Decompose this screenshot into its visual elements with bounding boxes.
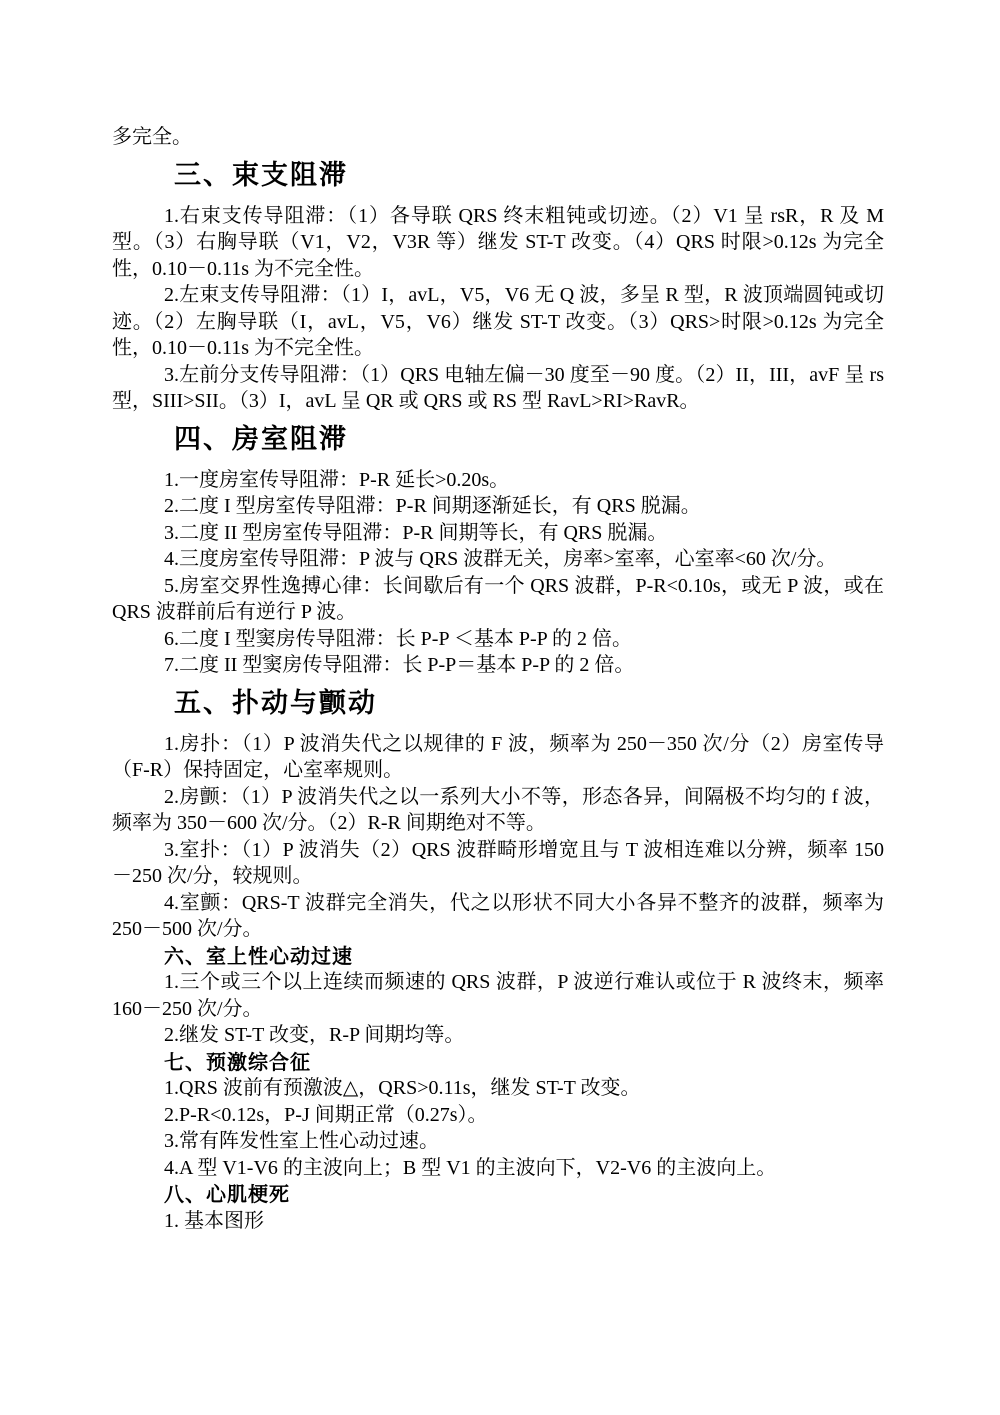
paragraph: 3.二度 II 型房室传导阻滞：P-R 间期等长，有 QRS 脱漏。 xyxy=(112,520,884,547)
document-content: 多完全。三、束支阻滞1.右束支传导阻滞：（1）各导联 QRS 终末粗钝或切迹。（… xyxy=(112,124,884,1234)
paragraph: 1.房扑：（1）P 波消失代之以规律的 F 波，频率为 250－350 次/分（… xyxy=(112,731,884,784)
paragraph: 3.室扑：（1）P 波消失（2）QRS 波群畸形增宽且与 T 波相连难以分辨，频… xyxy=(112,837,884,890)
paragraph-continuation: 多完全。 xyxy=(112,124,884,151)
paragraph: 5.房室交界性逸搏心律：长间歇后有一个 QRS 波群，P-R<0.10s，或无 … xyxy=(112,573,884,626)
paragraph: 3.左前分支传导阻滞：（1）QRS 电轴左偏－30 度至－90 度。（2）II，… xyxy=(112,362,884,415)
section-heading: 五、扑动与颤动 xyxy=(112,684,884,724)
paragraph: 2.二度 I 型房室传导阻滞：P-R 间期逐渐延长，有 QRS 脱漏。 xyxy=(112,493,884,520)
paragraph: 2.P-R<0.12s，P-J 间期正常（0.27s）。 xyxy=(112,1102,884,1129)
section-heading: 四、房室阻滞 xyxy=(112,420,884,460)
paragraph: 6.二度 I 型窦房传导阻滞：长 P-P ＜基本 P-P 的 2 倍。 xyxy=(112,626,884,653)
subsection-heading: 七、预激综合征 xyxy=(112,1049,884,1076)
paragraph: 4.A 型 V1-V6 的主波向上；B 型 V1 的主波向下，V2-V6 的主波… xyxy=(112,1155,884,1182)
paragraph: 3.常有阵发性室上性心动过速。 xyxy=(112,1128,884,1155)
paragraph: 7.二度 II 型窦房传导阻滞：长 P-P＝基本 P-P 的 2 倍。 xyxy=(112,652,884,679)
subsection-heading: 六、室上性心动过速 xyxy=(112,943,884,970)
subsection-heading: 八、心肌梗死 xyxy=(112,1181,884,1208)
document-page: 多完全。三、束支阻滞1.右束支传导阻滞：（1）各导联 QRS 终末粗钝或切迹。（… xyxy=(0,0,1000,1415)
paragraph: 1.三个或三个以上连续而频速的 QRS 波群，P 波逆行难认或位于 R 波终末，… xyxy=(112,969,884,1022)
paragraph: 2.左束支传导阻滞：（1）I，avL，V5，V6 无 Q 波，多呈 R 型，R … xyxy=(112,282,884,362)
paragraph: 1.一度房室传导阻滞：P-R 延长>0.20s。 xyxy=(112,467,884,494)
paragraph: 1. 基本图形 xyxy=(112,1208,884,1235)
paragraph: 1.右束支传导阻滞：（1）各导联 QRS 终末粗钝或切迹。（2）V1 呈 rsR… xyxy=(112,203,884,283)
paragraph: 4.室颤：QRS-T 波群完全消失，代之以形状不同大小各异不整齐的波群，频率为 … xyxy=(112,890,884,943)
paragraph: 2.房颤：（1）P 波消失代之以一系列大小不等，形态各异，间隔极不均匀的 f 波… xyxy=(112,784,884,837)
section-heading: 三、束支阻滞 xyxy=(112,156,884,196)
paragraph: 1.QRS 波前有预激波△，QRS>0.11s，继发 ST-T 改变。 xyxy=(112,1075,884,1102)
paragraph: 4.三度房室传导阻滞：P 波与 QRS 波群无关，房率>室率，心室率<60 次/… xyxy=(112,546,884,573)
paragraph: 2.继发 ST-T 改变，R-P 间期均等。 xyxy=(112,1022,884,1049)
